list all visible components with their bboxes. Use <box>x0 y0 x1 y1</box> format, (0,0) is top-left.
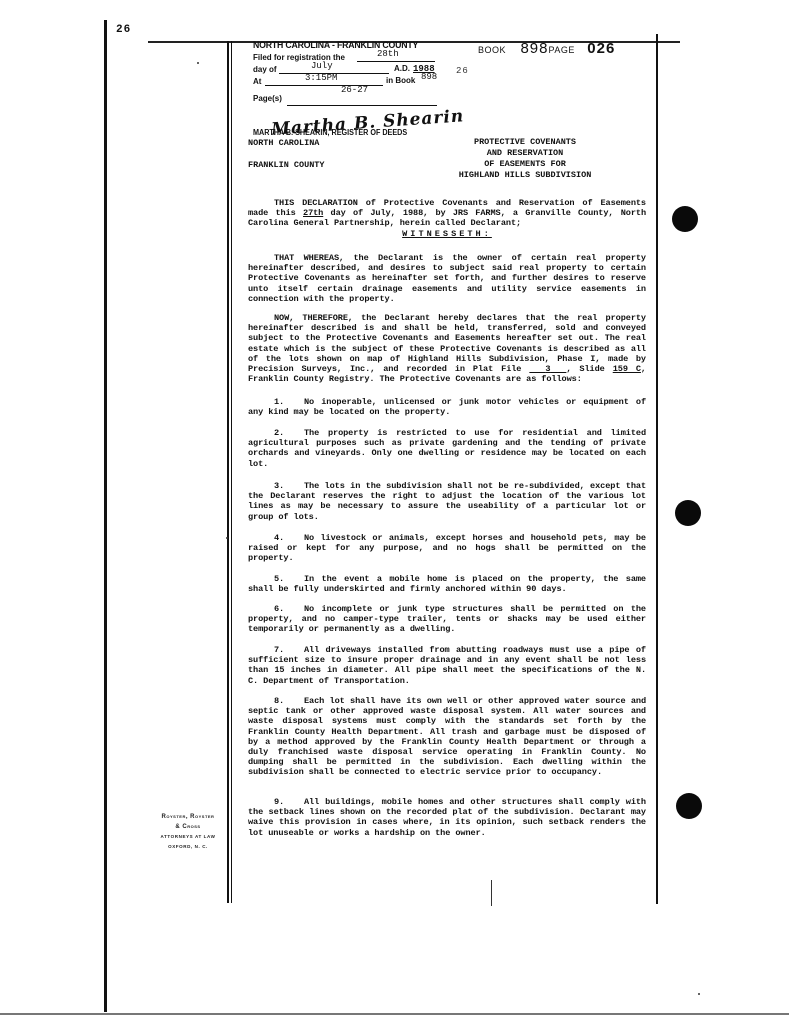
firm-location: OXFORD, N. C. <box>140 842 236 852</box>
covenant-7: 7.All driveways installed from abutting … <box>248 645 646 686</box>
title-line-1: PROTECTIVE COVENANTS <box>440 137 610 148</box>
covenant-4: 4.No livestock or animals, except horses… <box>248 533 646 564</box>
recording-stamp: NORTH CAROLINA - FRANKLIN COUNTY Filed f… <box>253 40 483 101</box>
witnesseth-heading: WITNESSETH: <box>248 229 646 239</box>
page-number-stamp: 026 <box>587 40 615 57</box>
in-book-label: in Book <box>386 75 415 87</box>
filed-day: 28th <box>377 48 399 60</box>
therefore-clause: NOW, THEREFORE, the Declarant hereby dec… <box>248 313 646 384</box>
stray-mark <box>197 62 199 64</box>
title-line-4: HIGHLAND HILLS SUBDIVISION <box>440 170 610 181</box>
declaration-day: 27th <box>303 208 323 218</box>
firm-tagline: ATTORNEYS AT LAW <box>140 832 236 842</box>
punch-hole-bottom <box>676 793 702 819</box>
book-label: BOOK <box>478 45 506 55</box>
covenant-2: 2.The property is restricted to use for … <box>248 428 646 469</box>
double-rule-outer <box>227 41 229 903</box>
title-line-3: OF EASEMENTS FOR <box>440 159 610 170</box>
ad-label: A.D. <box>394 63 410 75</box>
time: 3:15PM <box>305 72 337 84</box>
book-number-handwritten: 898 <box>421 71 437 83</box>
slide: 159 C <box>613 364 641 374</box>
declaration-intro: THIS DECLARATION of Protective Covenants… <box>248 198 646 229</box>
page-number: 26 <box>116 24 131 36</box>
covenant-3: 3.The lots in the subdivision shall not … <box>248 481 646 522</box>
book-page-stamp: BOOK 898PAGE 026 <box>478 40 615 58</box>
title-line-2: AND RESERVATION <box>440 148 610 159</box>
law-firm-imprint: Royster, Royster & Cross ATTORNEYS AT LA… <box>140 812 236 852</box>
stamp-pages-row: Page(s) 26-27 <box>253 89 483 101</box>
scan-speck <box>698 993 700 995</box>
register-of-deeds: MARTHA B. SHEARIN, REGISTER OF DEEDS <box>253 128 407 137</box>
pages: 26-27 <box>341 84 368 96</box>
covenant-5: 5.In the event a mobile home is placed o… <box>248 574 646 594</box>
filed-underline <box>357 61 435 62</box>
pages-label: Page(s) <box>253 93 282 105</box>
at-label: At <box>253 77 261 86</box>
whereas-clause: THAT WHEREAS, the Declarant is the owner… <box>248 253 646 304</box>
scan-mark <box>491 880 492 906</box>
covenant-9: 9.All buildings, mobile homes and other … <box>248 797 646 838</box>
pages-underline <box>287 105 437 106</box>
double-rule-inner <box>231 41 232 903</box>
stamp-filed-row: Filed for registration the 28th <box>253 51 483 63</box>
left-margin-rule <box>104 20 107 1012</box>
firm-name-line-2: & Cross <box>140 822 236 832</box>
page-label: PAGE <box>549 45 575 55</box>
book-number: 898 <box>520 40 548 57</box>
covenant-1: 1.No inoperable, unlicensed or junk moto… <box>248 397 646 417</box>
right-margin-rule <box>656 34 658 904</box>
stamp-day-row: day of July A.D. 1988 <box>253 63 483 75</box>
punch-hole-top <box>672 206 698 232</box>
covenant-6: 6.No incomplete or junk type structures … <box>248 604 646 635</box>
header-state: NORTH CAROLINA <box>248 138 319 148</box>
stamp-title: NORTH CAROLINA - FRANKLIN COUNTY <box>253 40 465 51</box>
day-of-label: day of <box>253 65 277 74</box>
firm-name-line-1: Royster, Royster <box>140 812 236 822</box>
plat-file: 3 <box>529 364 566 374</box>
covenant-8: 8.Each lot shall have its own well or ot… <box>248 696 646 778</box>
punch-hole-middle <box>675 500 701 526</box>
header-county: FRANKLIN COUNTY <box>248 160 325 170</box>
month: July <box>311 60 333 72</box>
margin-note: 26 <box>456 66 469 76</box>
scan-speck <box>226 537 228 539</box>
document-title: PROTECTIVE COVENANTS AND RESERVATION OF … <box>440 137 610 181</box>
page-bottom-edge <box>0 1013 789 1015</box>
